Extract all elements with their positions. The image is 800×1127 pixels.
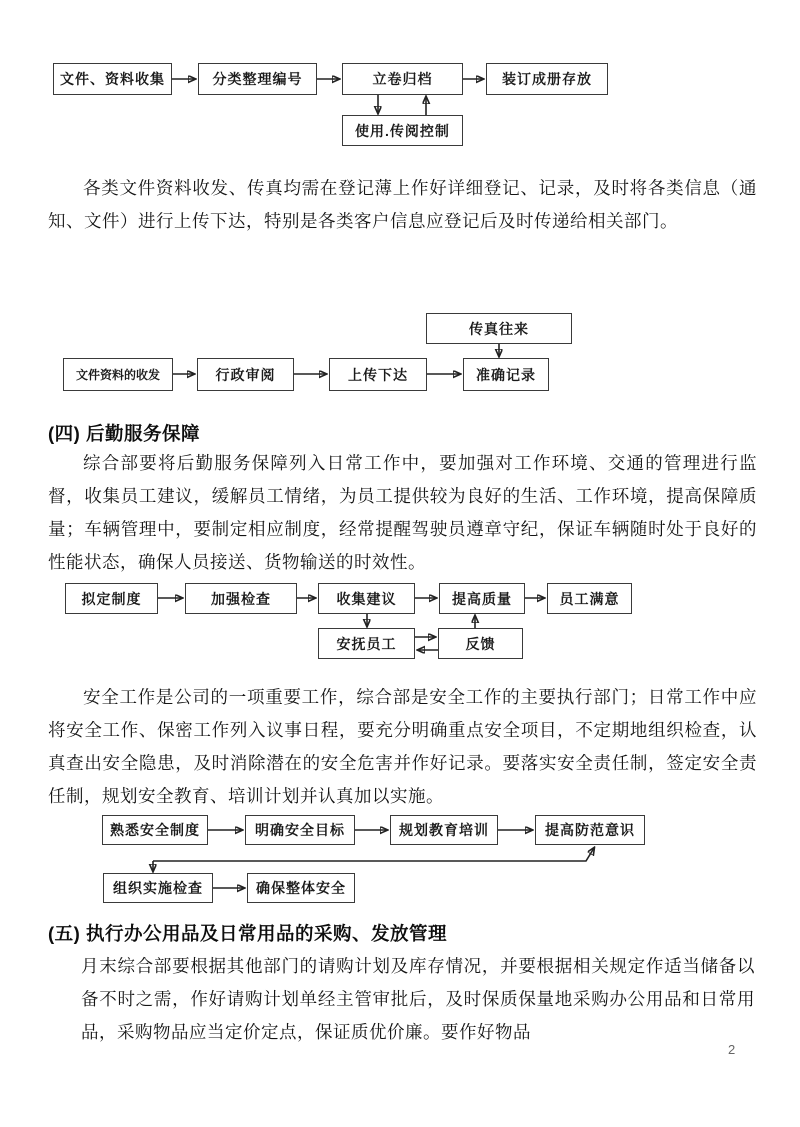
flow-node: 加强检查	[185, 583, 297, 614]
flow-node: 员工满意	[547, 583, 632, 614]
flow-node: 分类整理编号	[198, 63, 317, 95]
flow-node: 组织实施检查	[103, 873, 213, 903]
flow-node: 文件、资料收集	[53, 63, 172, 95]
document-page: 文件、资料收集 分类整理编号 立卷归档 装订成册存放 使用.传阅控制 传真往来 …	[0, 0, 800, 1127]
flow-node: 拟定制度	[65, 583, 158, 614]
flow-node: 装订成册存放	[486, 63, 608, 95]
paragraph-documents: 各类文件资料收发、传真均需在登记薄上作好详细登记、记录，及时将各类信息（通知、文…	[48, 172, 757, 238]
flow-node: 准确记录	[463, 358, 549, 391]
flow-node: 提高防范意识	[535, 815, 645, 845]
heading-procurement: (五) 执行办公用品及日常用品的采购、发放管理	[48, 920, 757, 946]
flow-node: 立卷归档	[342, 63, 463, 95]
heading-logistics: (四) 后勤服务保障	[48, 420, 757, 446]
flow-node: 规划教育培训	[390, 815, 498, 845]
flow-node: 明确安全目标	[245, 815, 355, 845]
flow-node: 提高质量	[439, 583, 525, 614]
flow-node: 熟悉安全制度	[102, 815, 208, 845]
paragraph-logistics: 综合部要将后勤服务保障列入日常工作中，要加强对工作环境、交通的管理进行监督，收集…	[48, 447, 757, 579]
arrow-connector	[153, 848, 594, 861]
flow-node: 收集建议	[318, 583, 415, 614]
flow-node: 上传下达	[329, 358, 427, 391]
flow-node: 使用.传阅控制	[342, 115, 463, 146]
flow-node: 文件资料的收发	[63, 358, 173, 391]
flow-node: 传真往来	[426, 313, 572, 344]
flow-node: 行政审阅	[197, 358, 294, 391]
paragraph-safety: 安全工作是公司的一项重要工作，综合部是安全工作的主要执行部门；日常工作中应将安全…	[48, 681, 757, 813]
flow-node: 确保整体安全	[247, 873, 355, 903]
flow-node: 安抚员工	[318, 628, 415, 659]
page-number: 2	[728, 1042, 735, 1057]
flow-node: 反馈	[438, 628, 523, 659]
paragraph-procurement: 月末综合部要根据其他部门的请购计划及库存情况，并要根据相关规定作适当储备以备不时…	[81, 950, 755, 1049]
